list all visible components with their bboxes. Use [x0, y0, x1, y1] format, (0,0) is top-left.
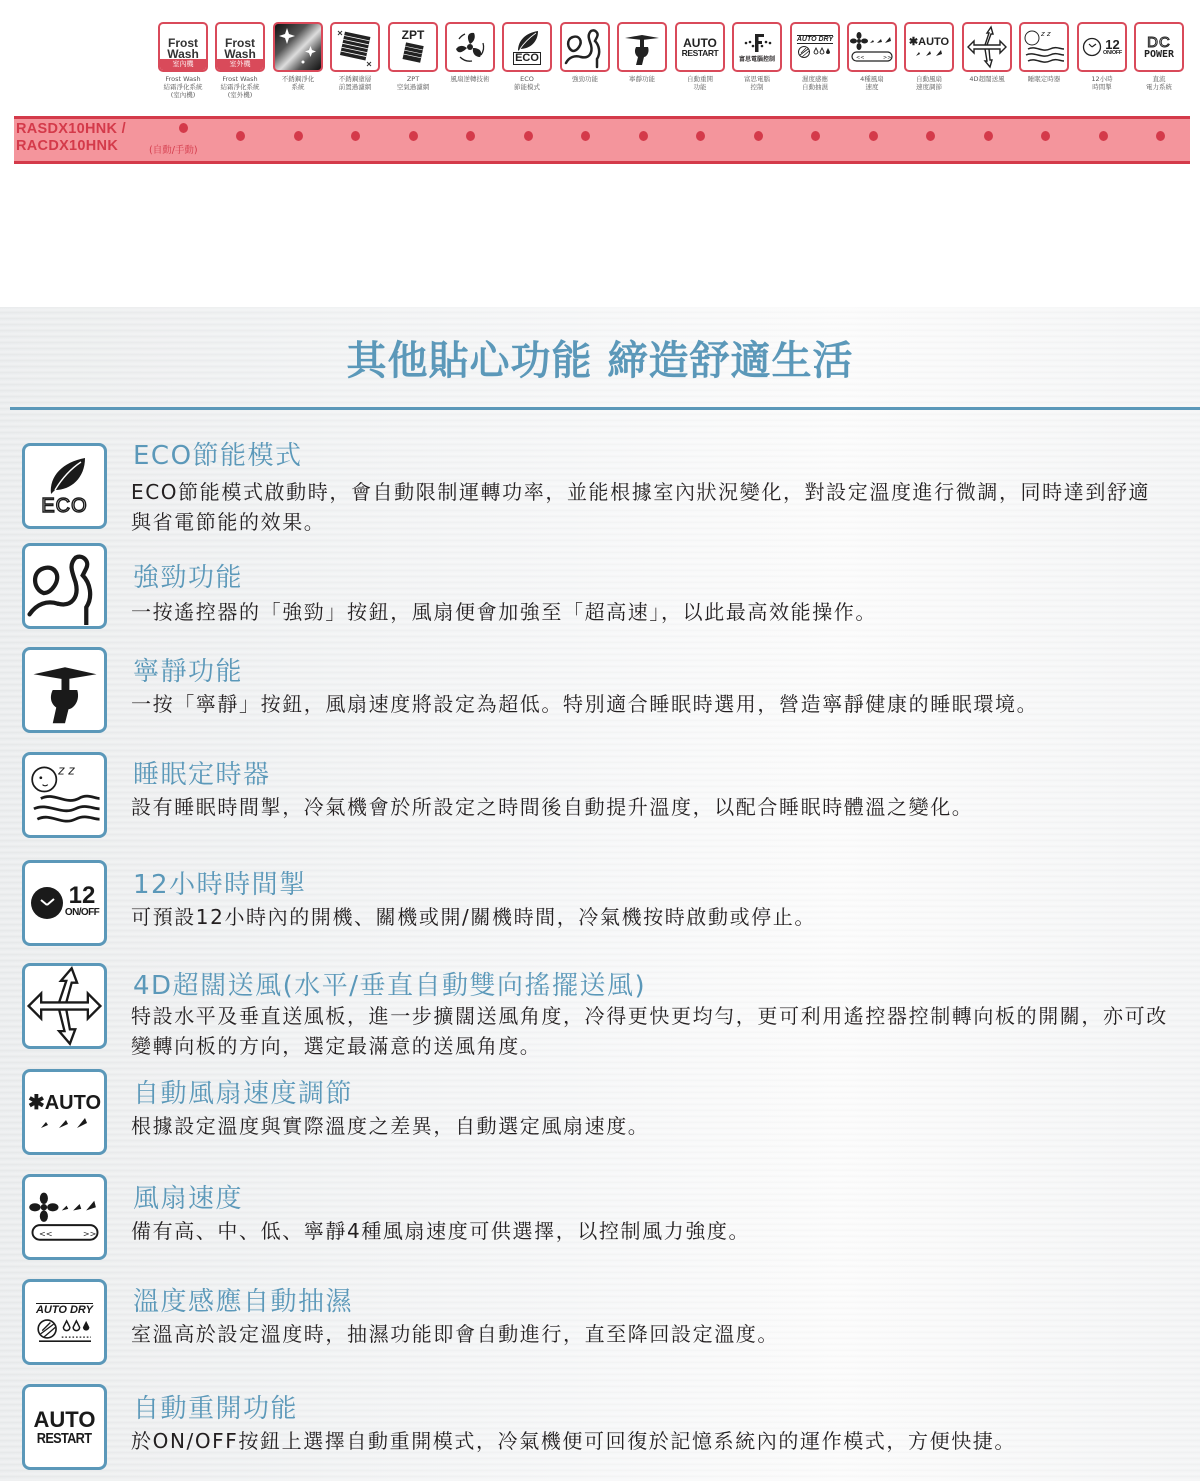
feature-available-dot — [869, 131, 878, 141]
feature-available-dot — [524, 131, 533, 141]
feature-description: 一按遙控器的「強勁」按鈕，風扇便會加強至「超高速」，以此最高效能操作。 — [131, 597, 1171, 627]
spec-fuzzy-control: 富思電腦控制 富思電腦 控制 — [731, 22, 783, 91]
feature-description: ECO節能模式啟動時，會自動限制運轉功率，並能根據室內狀況變化，對設定溫度進行微… — [131, 477, 1171, 537]
spec-fan-speed: <<>> 4種風扇 速度 — [846, 22, 898, 91]
fan-speed-icon: <<>> — [847, 22, 897, 72]
stainless-steel-icon — [273, 22, 323, 72]
eco-leaf-icon: ECO — [22, 443, 107, 529]
spec-4d-airflow: 4D超闊送風 — [961, 22, 1013, 83]
feature-available-dot — [409, 131, 418, 141]
feature-description: 設有睡眠時間掣，冷氣機會於所設定之時間後自動提升溫度，以配合睡眠時體溫之變化。 — [131, 792, 1171, 822]
feature-title: 溫度感應自動抽濕 — [133, 1281, 353, 1318]
spec-label: 不銹鋼淨化 系統 — [272, 75, 324, 91]
auto-fan-icon: ✱AUTO — [904, 22, 954, 72]
auto-dry-icon: AUTO DRY — [790, 22, 840, 72]
feature-title: 4D超闊送風(水平/垂直自動雙向搖擺送風) — [133, 965, 646, 1002]
spec-icon-row: Frost Wash 室內機 Frost Wash 結霜淨化系統 (室內機) F… — [0, 0, 1200, 115]
spec-label: 不銹鋼塗層 前置過濾網 — [329, 75, 381, 91]
spec-frost-wash-outdoor: Frost Wash 室外機 Frost Wash 結霜淨化系統 (室外機) — [214, 22, 266, 99]
fan-icon: ✱ — [909, 36, 918, 48]
svg-text:<<: << — [39, 1229, 53, 1239]
svg-text:<<: << — [856, 55, 864, 61]
spec-label: Frost Wash 結霜淨化系統 (室內機) — [157, 75, 209, 99]
feature-description: 根據設定溫度與實際溫度之差異，自動選定風扇速度。 — [131, 1111, 1171, 1141]
feature-description: 可預設12小時內的開機、關機或開/關機時間，冷氣機按時啟動或停止。 — [131, 902, 1171, 932]
feature-description: 備有高、中、低、寧靜4種風扇速度可供選擇，以控制風力強度。 — [131, 1216, 1171, 1246]
spec-label: 濕度感應 自動抽濕 — [789, 75, 841, 91]
spec-sleep-timer: z z 睡眠定時器 — [1018, 22, 1070, 83]
section-title: 其他貼心功能 締造舒適生活 — [0, 329, 1200, 386]
auto-dry-icon: AUTO DRY — [22, 1279, 107, 1365]
spec-auto-restart: AUTO RESTART 自動重開 功能 — [674, 22, 726, 91]
feature-title: ECO節能模式 — [133, 435, 303, 472]
feature-available-dot — [1099, 131, 1108, 141]
outdoor-tag: 室外機 — [217, 59, 263, 70]
feature-description: 室溫高於設定溫度時，抽濕功能即會自動進行，直至降回設定溫度。 — [131, 1319, 1171, 1349]
feature-title: 風扇速度 — [133, 1178, 243, 1215]
spec-zpt-filter: ZPT ZPT 空氣過濾網 — [387, 22, 439, 91]
feature-description: 一按「寧靜」按鈕，風扇速度將設定為超低。特別適合睡眠時選用，營造寧靜健康的睡眠環… — [131, 689, 1171, 719]
features-section: 其他貼心功能 締造舒適生活 ECO ECO節能模式 ECO節能模式啟動時，會自動… — [0, 307, 1200, 1481]
spec-label: Frost Wash 結霜淨化系統 (室外機) — [214, 75, 266, 99]
spec-stainless-prefilter: 不銹鋼塗層 前置過濾網 — [329, 22, 381, 91]
feature-available-dot — [236, 131, 245, 141]
feature-available-dot — [984, 131, 993, 141]
feature-available-dot — [179, 123, 188, 133]
feature-available-dot — [754, 131, 763, 141]
spec-label: 風扇逆轉技術 — [444, 75, 496, 83]
model-spec-row: RASDX10HNK / RACDX10HNK (自動/手動) — [14, 116, 1190, 164]
spec-label: 寧靜功能 — [616, 75, 668, 83]
spec-auto-dry: AUTO DRY 濕度感應 自動抽濕 — [789, 22, 841, 91]
svg-text:z z: z z — [57, 763, 75, 777]
fan-reverse-icon — [445, 22, 495, 72]
spec-label: 自動重開 功能 — [674, 75, 726, 91]
feature-available-dot — [639, 131, 648, 141]
svg-text:z z: z z — [1040, 30, 1051, 38]
silent-finger-icon — [22, 647, 107, 733]
fuzzy-logic-icon: 富思電腦控制 — [732, 22, 782, 72]
sleep-timer-icon: z z — [22, 752, 107, 838]
clock-12h-icon: 12 ON/OFF — [22, 860, 107, 946]
silent-finger-icon — [617, 22, 667, 72]
spec-dc-power: DC POWER 直流 電力系統 — [1133, 22, 1185, 91]
spec-label: ZPT 空氣過濾網 — [387, 75, 439, 91]
model-note: (自動/手動) — [149, 142, 198, 156]
spec-label: 直流 電力系統 — [1133, 75, 1185, 91]
clock-12h-icon: 12 ON/OFF — [1077, 22, 1127, 72]
feature-available-dot — [294, 131, 303, 141]
svg-text:>>: >> — [883, 55, 891, 61]
spec-label: 4種風扇 速度 — [846, 75, 898, 91]
spec-label: ECO 節能模式 — [501, 75, 553, 91]
frost-wash-icon: Frost Wash 室外機 — [215, 22, 265, 72]
feature-title: 12小時時間掣 — [133, 864, 307, 901]
fan-speed-icon: <<>> — [22, 1174, 107, 1260]
spec-powerful: 強勁功能 — [559, 22, 611, 83]
indoor-tag: 室內機 — [160, 59, 206, 70]
model-name: RASDX10HNK / RACDX10HNK — [16, 121, 126, 155]
filter-icon — [330, 22, 380, 72]
auto-fan-icon: ✱AUTO — [22, 1069, 107, 1155]
muscle-arm-icon — [22, 543, 107, 629]
spec-label: 自動風扇 速度調節 — [903, 75, 955, 91]
spec-label: 12小時 時間掣 — [1076, 75, 1128, 91]
feature-title: 自動風扇速度調節 — [133, 1073, 353, 1110]
4d-airflow-icon — [22, 963, 107, 1049]
spec-eco: ECO ECO 節能模式 — [501, 22, 553, 91]
dc-power-icon: DC POWER — [1134, 22, 1184, 72]
feature-available-dot — [351, 131, 360, 141]
spec-stainless-steel: 不銹鋼淨化 系統 — [272, 22, 324, 91]
feature-description: 於ON/OFF按鈕上選擇自動重開模式，冷氣機便可回復於記憶系統內的運作模式，方便… — [131, 1426, 1171, 1456]
feature-available-dot — [581, 131, 590, 141]
feature-title: 強勁功能 — [133, 557, 243, 594]
spec-label: 強勁功能 — [559, 75, 611, 83]
spec-label: 睡眠定時器 — [1018, 75, 1070, 83]
spec-12h-timer: 12 ON/OFF 12小時 時間掣 — [1076, 22, 1128, 91]
auto-restart-icon: AUTO RESTART — [675, 22, 725, 72]
spec-fan-reverse: 風扇逆轉技術 — [444, 22, 496, 83]
fan-icon: ✱ — [28, 1092, 45, 1114]
feature-available-dot — [926, 131, 935, 141]
feature-description: 特設水平及垂直送風板，進一步擴闊送風角度，冷得更快更均勻，更可利用遙控器控制轉向… — [131, 1001, 1171, 1061]
spec-frost-wash-indoor: Frost Wash 室內機 Frost Wash 結霜淨化系統 (室內機) — [157, 22, 209, 99]
frost-wash-icon: Frost Wash 室內機 — [158, 22, 208, 72]
feature-available-dot — [1041, 131, 1050, 141]
eco-leaf-icon: ECO — [502, 22, 552, 72]
feature-title: 寧靜功能 — [133, 651, 243, 688]
zpt-filter-icon: ZPT — [388, 22, 438, 72]
svg-text:>>: >> — [82, 1229, 96, 1239]
muscle-arm-icon — [560, 22, 610, 72]
spec-auto-fan: ✱AUTO 自動風扇 速度調節 — [903, 22, 955, 91]
auto-restart-icon: AUTO RESTART — [22, 1384, 107, 1470]
feature-available-dot — [811, 131, 820, 141]
feature-title: 睡眠定時器 — [133, 754, 271, 791]
feature-available-dot — [1156, 131, 1165, 141]
sleep-timer-icon: z z — [1019, 22, 1069, 72]
section-divider — [10, 407, 1200, 410]
4d-airflow-icon — [962, 22, 1012, 72]
feature-available-dot — [696, 131, 705, 141]
spec-silent: 寧靜功能 — [616, 22, 668, 83]
spec-label: 4D超闊送風 — [961, 75, 1013, 83]
feature-available-dot — [466, 131, 475, 141]
spec-label: 富思電腦 控制 — [731, 75, 783, 91]
feature-title: 自動重開功能 — [133, 1388, 298, 1425]
